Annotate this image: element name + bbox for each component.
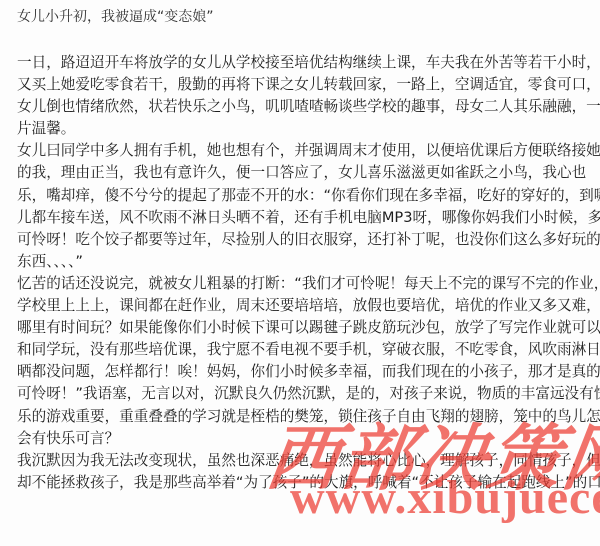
article-page: 女儿小升初，我被逼成“变态娘” 一日，路迢迢开车将放学的女儿从学校接至培优结构继… xyxy=(0,0,600,546)
body-line: 学校里上上上，课间都在赶作业，周末还要培培培，放假也要培优，培优的作业又多又难， xyxy=(17,295,587,317)
body-line: 又买上她爱吃零食若干，殷勤的再将下课之女儿转载回家，一路上，空调适宜，零食可口， xyxy=(17,74,587,96)
body-line: 忆苦的话还没说完，就被女儿粗暴的打断：“我们才可怜呢！每天上不完的课写不完的作业… xyxy=(17,273,587,295)
body-line: 乐，嘴却痒，傻不兮兮的提起了那壶不开的水：“你看你们现在多幸福，吃好的穿好的，到… xyxy=(17,185,587,207)
body-line: 一日，路迢迢开车将放学的女儿从学校接至培优结构继续上课，车夫我在外苦等若干小时， xyxy=(17,52,587,74)
body-line: 儿都车接车送，风不吹雨不淋日头晒不着，还有手机电脑MP3呀，哪像你妈我们小时候，… xyxy=(17,207,587,229)
body-line: 哪里有时间玩？如果能像你们小时候下课可以踢毽子跳皮筋玩沙包，放学了写完作业就可以 xyxy=(17,317,587,339)
article-body: 一日，路迢迢开车将放学的女儿从学校接至培优结构继续上课，车夫我在外苦等若干小时，… xyxy=(17,52,587,494)
body-line: 可怜呀！”我语塞，无言以对，沉默良久仍然沉默，是的，对孩子来说，物质的丰富远没有… xyxy=(17,383,587,405)
body-line: 东西、、、、” xyxy=(17,251,587,273)
body-line: 片温馨。 xyxy=(17,118,587,140)
body-line: 我沉默因为我无法改变现状，虽然也深恶痛绝，虽然能将心比心，理解孩子，同情孩子，但 xyxy=(17,450,587,472)
body-line: 会有快乐可言？ xyxy=(17,428,587,450)
body-line: 晒都没问题，怎样都行！唉！妈妈，你们小时候多幸福，而我们现在的小孩子，那才是真的 xyxy=(17,361,587,383)
body-line: 女儿曰同学中多人拥有手机，她也想有个，并强调周末才使用，以便培优课后方便联络接她 xyxy=(17,140,587,162)
body-line: 却不能拯救孩子，我是那些高举着“为了孩子”的大旗，呼喊着“不让孩子输在起跑线上”… xyxy=(17,472,587,494)
body-line: 可怜呀！吃个饺子都要等过年，尽捡别人的旧衣服穿，还打补丁呢，也没你们这么多好玩的 xyxy=(17,229,587,251)
article-title: 女儿小升初，我被逼成“变态娘” xyxy=(17,7,214,27)
body-line: 乐的游戏重要，重重叠叠的学习就是桎梏的樊笼，锁住孩子自由飞翔的翅膀，笼中的鸟儿怎 xyxy=(17,406,587,428)
body-line: 的我，理由正当，我也有意许久，便一口答应了，女儿喜乐滋滋更如雀跃之小鸟，我心也 xyxy=(17,162,587,184)
body-line: 和同学玩，没有那些培优课，我宁愿不看电视不要手机，穿破衣服，不吃零食，风吹雨淋日 xyxy=(17,339,587,361)
body-line: 女儿倒也情绪欣然，状若快乐之小鸟，叽叽喳喳畅谈些学校的趣事，母女二人其乐融融，一 xyxy=(17,96,587,118)
